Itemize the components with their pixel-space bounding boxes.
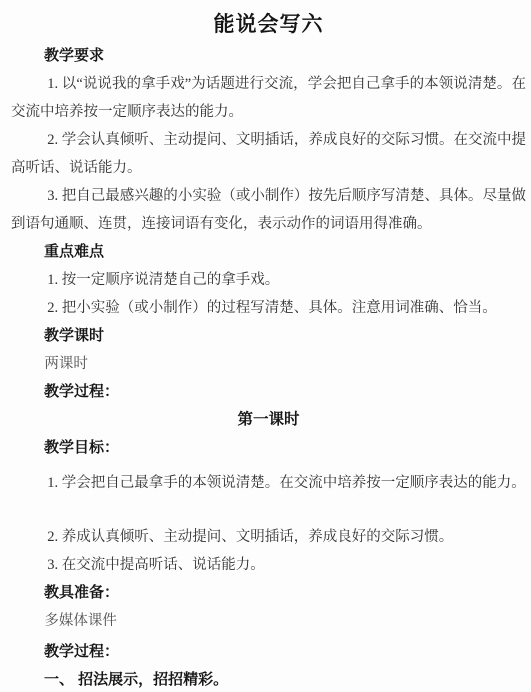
- section-heading-objectives: 教学目标：: [11, 434, 526, 462]
- list-item: 1. 以“说说我的拿手戏”为话题进行交流，学会把自己拿手的本领说清楚。在交流中培…: [11, 70, 526, 126]
- list-item: 3. 在交流中提高听话、说话能力。: [11, 551, 526, 579]
- section-heading-requirements: 教学要求: [11, 42, 526, 70]
- lesson-subtitle-first-period: 第一课时: [11, 406, 526, 434]
- list-item: 1. 学会把自己最拿手的本领说清楚。在交流中培养按一定顺序表达的能力。: [11, 469, 526, 497]
- list-item: 2. 把小实验（或小制作）的过程写清楚、具体。注意用词准确、恰当。: [11, 294, 526, 322]
- list-item: 2. 养成认真倾听、主动提问、文明插话，养成良好的交际习惯。: [11, 523, 526, 551]
- section-heading-teaching-aids: 教具准备：: [11, 579, 526, 607]
- activity-item-1: 一、 招法展示，招招精彩。: [11, 666, 526, 692]
- list-item: 1. 按一定顺序说清楚自己的拿手戏。: [11, 266, 526, 294]
- document-page: 能说会写六 教学要求 1. 以“说说我的拿手戏”为话题进行交流，学会把自己拿手的…: [0, 0, 531, 692]
- section-heading-process: 教学过程：: [11, 378, 526, 406]
- document-title: 能说会写六: [11, 10, 526, 40]
- list-item: 2. 学会认真倾听、主动提问、文明插话，养成良好的交际习惯。在交流中提高听话、说…: [11, 126, 526, 182]
- body-text-courseware: 多媒体课件: [11, 607, 526, 635]
- body-text-class-hours: 两课时: [11, 350, 526, 378]
- section-heading-class-hours: 教学课时: [11, 322, 526, 350]
- section-heading-key-points: 重点难点: [11, 238, 526, 266]
- section-heading-process-2: 教学过程：: [11, 638, 526, 666]
- list-item: 3. 把自己最感兴趣的小实验（或小制作）按先后顺序写清楚、具体。尽量做到语句通顺…: [11, 182, 526, 238]
